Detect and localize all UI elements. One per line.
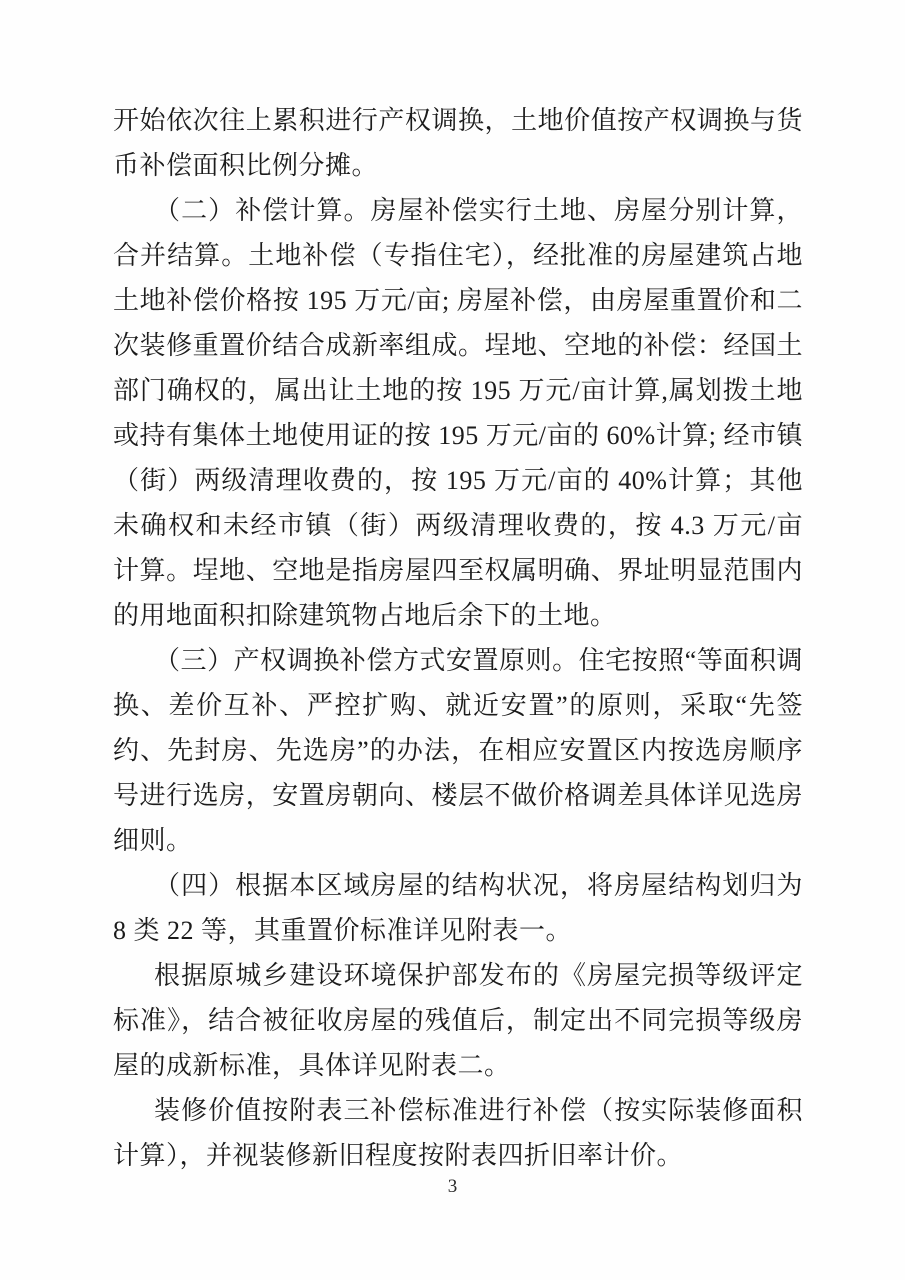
document-page: 开始依次往上累积进行产权调换，土地价值按产权调换与货币补偿面积比例分摊。 （二）… [0, 0, 905, 1280]
document-body: 开始依次往上累积进行产权调换，土地价值按产权调换与货币补偿面积比例分摊。 （二）… [113, 98, 803, 1178]
paragraph-note-appendix2: 根据原城乡建设环境保护部发布的《房屋完损等级评定标准》，结合被征收房屋的残值后，… [113, 953, 803, 1088]
page-number: 3 [0, 1176, 905, 1198]
paragraph-item-3: （三）产权调换补偿方式安置原则。住宅按照“等面积调换、差价互补、严控扩购、就近安… [113, 638, 803, 863]
paragraph-note-appendix3-4: 装修价值按附表三补偿标准进行补偿（按实际装修面积计算），并视装修新旧程度按附表四… [113, 1088, 803, 1178]
paragraph-item-2: （二）补偿计算。房屋补偿实行土地、房屋分别计算，合并结算。土地补偿（专指住宅），… [113, 188, 803, 638]
paragraph-item-4: （四）根据本区域房屋的结构状况，将房屋结构划归为 8 类 22 等，其重置价标准… [113, 863, 803, 953]
paragraph-continuation: 开始依次往上累积进行产权调换，土地价值按产权调换与货币补偿面积比例分摊。 [113, 98, 803, 188]
